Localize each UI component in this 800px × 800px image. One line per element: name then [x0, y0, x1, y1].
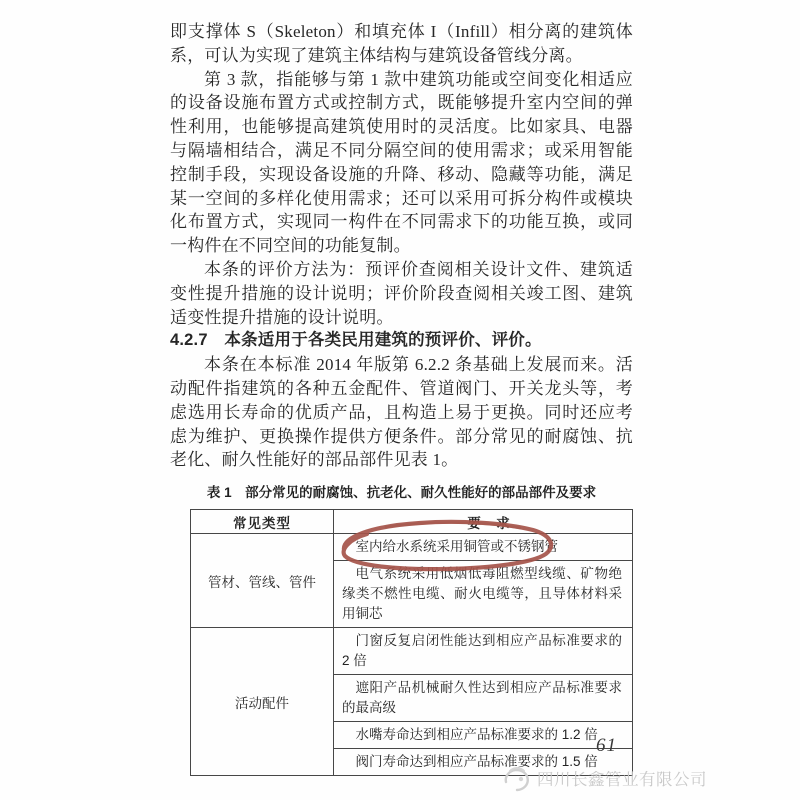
header-cell-type: 常见类型 — [191, 510, 334, 534]
table-header-row: 常见类型 要 求 — [191, 510, 633, 534]
clause-heading-4-2-7: 4.2.7 本条适用于各类民用建筑的预评价、评价。 — [170, 329, 633, 353]
page-number: 61 — [596, 735, 617, 757]
watermark: 四川长鑫管业有限公司 — [500, 762, 707, 794]
watermark-company-name: 四川长鑫管业有限公司 — [537, 766, 707, 790]
requirement-cell: 电气系统采用低烟低毒阻燃型线缆、矿物绝缘类不燃性电缆、耐火电缆等，且导体材料采用… — [334, 561, 633, 628]
table-row: 管材、管线、管件 室内给水系统采用铜管或不锈钢管 — [191, 534, 633, 561]
requirement-cell-circled: 室内给水系统采用铜管或不锈钢管 — [334, 534, 633, 561]
requirement-cell: 门窗反复启闭性能达到相应产品标准要求的 2 倍 — [334, 628, 633, 675]
scanned-document-page: 即支撑体 S（Skeleton）和填充体 I（Infill）相分离的建筑体系，可… — [0, 0, 800, 800]
type-cell-movable-parts: 活动配件 — [191, 628, 334, 776]
requirement-cell: 遮阳产品机械耐久性达到相应产品标准要求的最高级 — [334, 675, 633, 722]
paragraph: 本条在本标准 2014 年版第 6.2.2 条基础上发展而来。活动配件指建筑的各… — [170, 353, 633, 472]
paragraph: 即支撑体 S（Skeleton）和填充体 I（Infill）相分离的建筑体系，可… — [170, 20, 633, 68]
table-row: 活动配件 门窗反复启闭性能达到相应产品标准要求的 2 倍 — [191, 628, 633, 675]
text-column: 即支撑体 S（Skeleton）和填充体 I（Infill）相分离的建筑体系，可… — [170, 20, 633, 776]
table-caption: 表 1 部分常见的耐腐蚀、抗老化、耐久性能好的部品部件及要求 — [170, 484, 633, 502]
parts-requirements-table: 常见类型 要 求 管材、管线、管件 室内给水系统采用铜管或不锈钢管 电气系统采用… — [190, 509, 633, 776]
type-cell-pipes: 管材、管线、管件 — [191, 534, 334, 628]
paragraph: 第 3 款，指能够与第 1 款中建筑功能或空间变化相适应的设备设施布置方式或控制… — [170, 68, 633, 258]
requirement-cell: 水嘴寿命达到相应产品标准要求的 1.2 倍 — [334, 722, 633, 749]
paragraph: 本条的评价方法为：预评价查阅相关设计文件、建筑适变性提升措施的设计说明；评价阶段… — [170, 258, 633, 329]
company-logo-icon — [500, 762, 532, 794]
header-cell-requirement: 要 求 — [334, 510, 633, 534]
